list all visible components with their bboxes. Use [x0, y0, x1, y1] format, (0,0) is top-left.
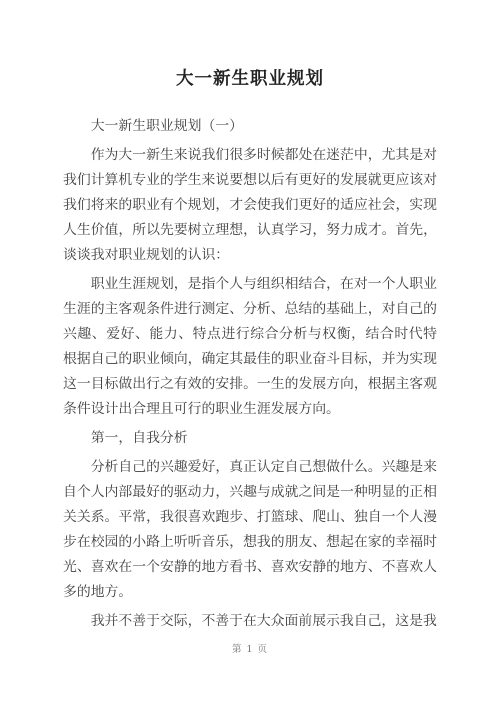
page-number-footer: 第 1 页 [0, 644, 500, 656]
document-title: 大一新生职业规划 [0, 0, 500, 90]
text-line: 我并不善于交际，不善于在大众面前展示我自己，这是我 [63, 609, 437, 634]
text-line: 多的地方。 [63, 580, 437, 605]
document-body: 大一新生职业规划（一）作为大一新生来说我们很多时候都处在迷茫中，尤其是对我们计算… [63, 114, 437, 634]
text-line: 步在校园的小路上听听音乐，想我的朋友、想起在家的幸福时 [63, 530, 437, 555]
text-line: 我们计算机专业的学生来说要想以后有更好的发展就更应该对 [63, 168, 437, 193]
text-line: 关关系。平常，我很喜欢跑步、打篮球、爬山、独自一个人漫 [63, 505, 437, 530]
text-line: 第一，自我分析 [63, 426, 437, 451]
text-line: 谈谈我对职业规划的认识： [63, 243, 437, 268]
text-line: 自个人内部最好的驱动力，兴趣与成就之间是一种明显的正相 [63, 480, 437, 505]
text-line: 我们将来的职业有个规划，才会使我们更好的适应社会，实现 [63, 193, 437, 218]
paragraph: 分析自己的兴趣爱好，真正认定自己想做什么。兴趣是来自个人内部最好的驱动力，兴趣与… [63, 455, 437, 605]
paragraph: 第一，自我分析 [63, 426, 437, 451]
text-line: 兴趣、爱好、能力、特点进行综合分析与权衡，结合时代特点， [63, 322, 437, 347]
text-line: 大一新生职业规划（一） [63, 114, 437, 139]
paragraph: 作为大一新生来说我们很多时候都处在迷茫中，尤其是对我们计算机专业的学生来说要想以… [63, 143, 437, 268]
text-line: 根据自己的职业倾向，确定其最佳的职业奋斗目标，并为实现 [63, 347, 437, 372]
text-line: 分析自己的兴趣爱好，真正认定自己想做什么。兴趣是来 [63, 455, 437, 480]
document-page: 大一新生职业规划 大一新生职业规划（一）作为大一新生来说我们很多时候都处在迷茫中… [0, 0, 500, 708]
text-line: 生涯的主客观条件进行测定、分析、总结的基础上，对自己的 [63, 297, 437, 322]
text-line: 人生价值，所以先要树立理想，认真学习，努力成才。首先， [63, 218, 437, 243]
paragraph: 大一新生职业规划（一） [63, 114, 437, 139]
text-line: 作为大一新生来说我们很多时候都处在迷茫中，尤其是对 [63, 143, 437, 168]
paragraph: 我并不善于交际，不善于在大众面前展示我自己，这是我 [63, 609, 437, 634]
text-line: 这一目标做出行之有效的安排。一生的发展方向，根据主客观 [63, 372, 437, 397]
paragraph: 职业生涯规划，是指个人与组织相结合，在对一个人职业生涯的主客观条件进行测定、分析… [63, 272, 437, 422]
text-line: 光、喜欢在一个安静的地方看书、喜欢安静的地方、不喜欢人 [63, 555, 437, 580]
text-line: 职业生涯规划，是指个人与组织相结合，在对一个人职业 [63, 272, 437, 297]
text-line: 条件设计出合理且可行的职业生涯发展方向。 [63, 397, 437, 422]
